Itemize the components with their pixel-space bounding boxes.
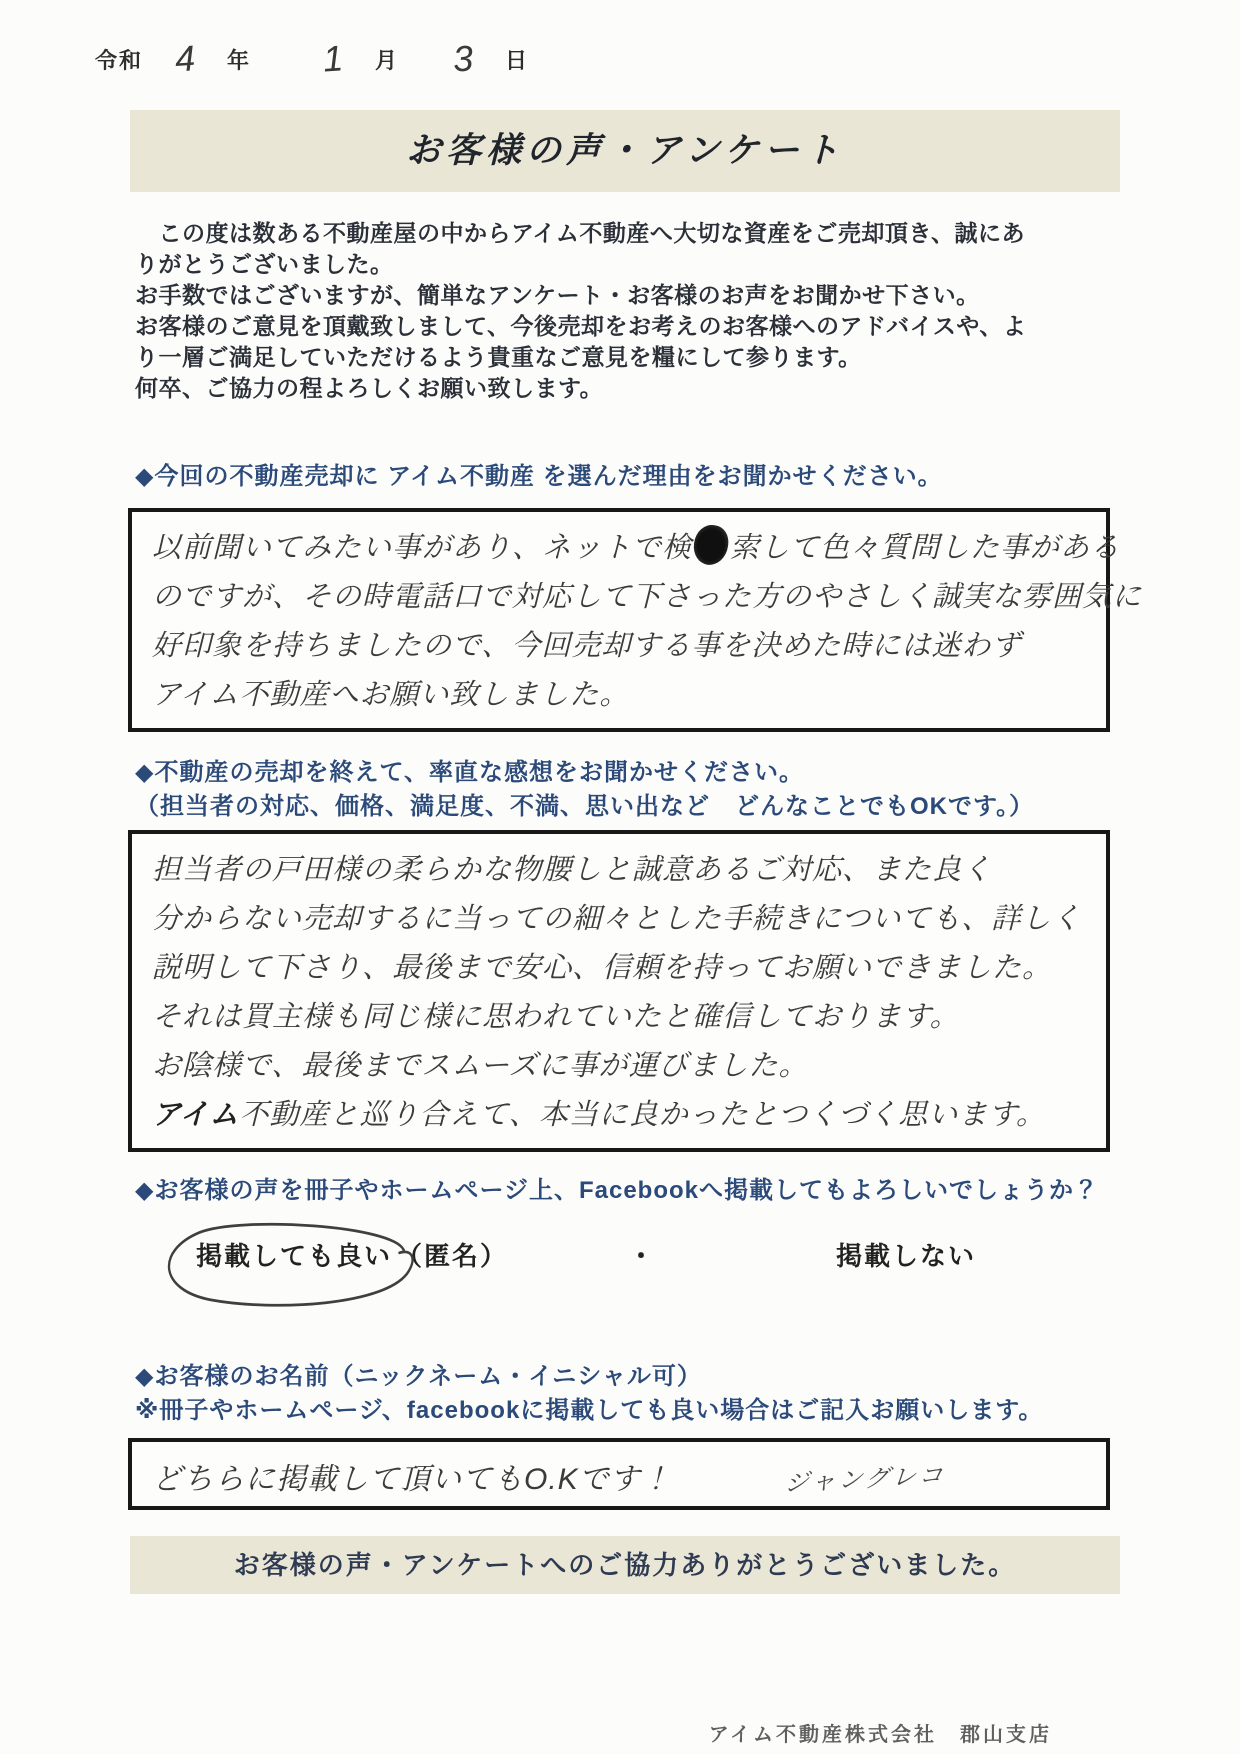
q2-answer-line: それは買主様も同じ様に思われていたと確信しております。 [152,993,1086,1042]
question4-heading-main: ◆お客様のお名前（ニックネーム・イニシャル可） [135,1360,1240,1394]
day-value-handwritten: 3 [434,36,493,82]
question4-heading-sub: ※冊子やホームページ、facebookに掲載しても良い場合はご記入お願いします。 [135,1394,1240,1428]
title-banner: お客様の声・アンケート [130,110,1120,192]
date-line: 令和 4 年 1 月 3 日 [95,34,1240,84]
question1-heading: ◆今回の不動産売却に アイム不動産 を選んだ理由をお聞かせください。 [135,460,1240,494]
footer-banner: お客様の声・アンケートへのご協力ありがとうございました。 [130,1536,1120,1594]
answer-box-q2: 担当者の戸田様の柔らかな物腰しと誠意あるご対応、また良く 分からない売却するに当… [128,830,1110,1152]
option-allow-anon-label: （匿名） [396,1236,508,1273]
answer-box-name: どちらに掲載して頂いてもO.Kです！ ジャングレコ [128,1438,1110,1510]
q1-answer-line: 以前聞いてみたい事があり、ネットで検索して色々質問した事がある [152,524,1086,573]
q1-answer-line: アイム不動産へお願い致しました。 [152,671,1086,720]
option-allow-circled: 掲載しても良い [192,1234,396,1275]
signature-nickname: ジャングレコ [784,1454,948,1498]
era-label: 令和 [95,44,143,75]
scribble-blot-icon [691,523,730,567]
option-separator: ・ [628,1236,656,1273]
month-value-handwritten: 1 [304,36,363,82]
q2-answer-line: 分からない売却するに当っての細々とした手続きについても、詳しく [152,895,1086,944]
page-title: お客様の声・アンケート [406,131,844,170]
intro-line: お手数ではございますが、簡単なアンケート・お客様のお声をお聞かせ下さい。 [135,280,1035,311]
q2-answer-line: お陰様で、最後までスムーズに事が運びました。 [152,1042,1086,1091]
question2-heading: ◆不動産の売却を終えて、率直な感想をお聞かせください。 （担当者の対応、価格、満… [135,756,1240,824]
q2-answer-last-rest: 不動産と巡り合えて、本当に良かったとつくづく思います。 [239,1099,1046,1131]
option-allow-label: 掲載しても良い [196,1241,392,1271]
intro-line: 何卒、ご協力の程よろしくお願い致します。 [135,373,1035,404]
footer-thanks-text: お客様の声・アンケートへのご協力ありがとうございました。 [234,1550,1016,1580]
publish-options-row: 掲載しても良い （匿名） ・ 掲載しない [192,1226,1240,1282]
intro-paragraph: この度は数ある不動産屋の中からアイム不動産へ大切な資産をご売却頂き、誠にあ りが… [135,218,1035,404]
q2-answer-line: アイム不動産と巡り合えて、本当に良かったとつくづく思います。 [152,1091,1086,1140]
name-answer-text: どちらに掲載して頂いてもO.Kです！ [152,1454,672,1498]
survey-page: 令和 4 年 1 月 3 日 お客様の声・アンケート この度は数ある不動産屋の中… [0,0,1240,1754]
year-label: 年 [227,44,251,75]
intro-line: この度は数ある不動産屋の中からアイム不動産へ大切な資産をご売却頂き、誠にあ [135,218,1035,249]
intro-line: りがとうございました。 [135,249,1035,280]
question2-heading-sub: （担当者の対応、価格、満足度、不満、思い出など どんなことでもOKです。） [135,790,1240,824]
option-deny-label: 掲載しない [836,1236,976,1273]
question3-heading: ◆お客様の声を冊子やホームページ上、Facebookへ掲載してもよろしいでしょう… [135,1174,1240,1208]
q1-answer-line1-pre: 以前聞いてみたい事があり、ネットで検 [152,532,692,564]
q2-answer-bold-word: アイム [152,1099,239,1131]
q1-answer-line: のですが、その時電話口で対応して下さった方のやさしく誠実な雰囲気に [152,573,1086,622]
answer-box-q1: 以前聞いてみたい事があり、ネットで検索して色々質問した事がある のですが、その時… [128,508,1110,732]
question4-heading: ◆お客様のお名前（ニックネーム・イニシャル可） ※冊子やホームページ、faceb… [135,1360,1240,1428]
q1-answer-line1-post: 索して色々質問した事がある [730,532,1120,564]
q2-answer-line: 説明して下さり、最後まで安心、信頼を持ってお願いできました。 [152,944,1086,993]
question2-heading-main: ◆不動産の売却を終えて、率直な感想をお聞かせください。 [135,756,1240,790]
company-footer: アイム不動産株式会社 郡山支店 [709,1718,1052,1747]
intro-line: り一層ご満足していただけるよう貴重なご意見を糧にして参ります。 [135,342,1035,373]
intro-line: お客様のご意見を頂戴致しまして、今後売却をお考えのお客様へのアドバイスや、よ [135,311,1035,342]
day-label: 日 [505,44,529,75]
month-label: 月 [375,44,399,75]
q1-answer-line: 好印象を持ちましたので、今回売却する事を決めた時には迷わず [152,622,1086,671]
year-value-handwritten: 4 [156,36,215,82]
q2-answer-line: 担当者の戸田様の柔らかな物腰しと誠意あるご対応、また良く [152,846,1086,895]
